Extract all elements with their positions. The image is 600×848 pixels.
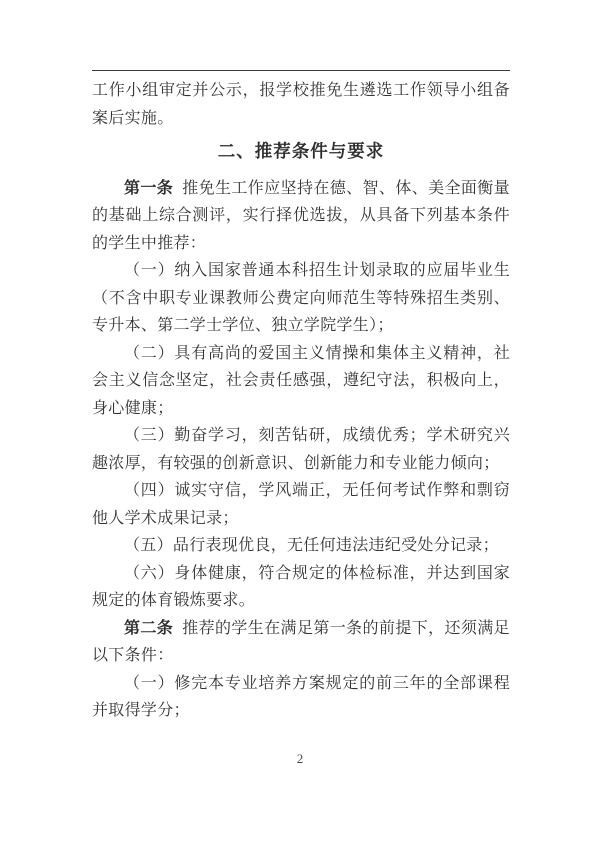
article-1-item-1: （一）纳入国家普通本科招生计划录取的应届毕业生（不含中职专业课教师公费定向师范生… — [92, 257, 510, 340]
article-2-label: 第二条 — [124, 620, 173, 637]
article-1-item-6: （六）身体健康，符合规定的体检标准，并达到国家规定的体育锻炼要求。 — [92, 560, 510, 615]
article-1-item-4: （四）诚实守信，学风端正，无任何考试作弊和剽窃他人学术成果记录； — [92, 477, 510, 532]
article-2-paragraph: 第二条推荐的学生在满足第一条的前提下，还须满足以下条件： — [92, 615, 510, 670]
page-number: 2 — [0, 751, 600, 767]
header-divider — [92, 70, 510, 71]
article-2-item-1: （一）修完本专业培养方案规定的前三年的全部课程并取得学分； — [92, 670, 510, 725]
intro-paragraph: 工作小组审定并公示，报学校推免生遴选工作领导小组备案后实施。 — [92, 77, 510, 132]
document-body: 工作小组审定并公示，报学校推免生遴选工作领导小组备案后实施。 二、推荐条件与要求… — [92, 77, 510, 725]
article-1-item-5: （五）品行表现优良，无任何违法违纪受处分记录； — [92, 532, 510, 560]
article-1-item-3: （三）勤奋学习，刻苦钻研，成绩优秀；学术研究兴趣浓厚，有较强的创新意识、创新能力… — [92, 422, 510, 477]
section-heading: 二、推荐条件与要求 — [92, 138, 510, 166]
article-1-paragraph: 第一条推免生工作应坚持在德、智、体、美全面衡量的基础上综合测评，实行择优选拔，从… — [92, 175, 510, 258]
article-1-label: 第一条 — [124, 180, 173, 197]
article-1-item-2: （二）具有高尚的爱国主义情操和集体主义精神，社会主义信念坚定，社会责任感强，遵纪… — [92, 340, 510, 423]
document-page: 工作小组审定并公示，报学校推免生遴选工作领导小组备案后实施。 二、推荐条件与要求… — [0, 0, 600, 848]
